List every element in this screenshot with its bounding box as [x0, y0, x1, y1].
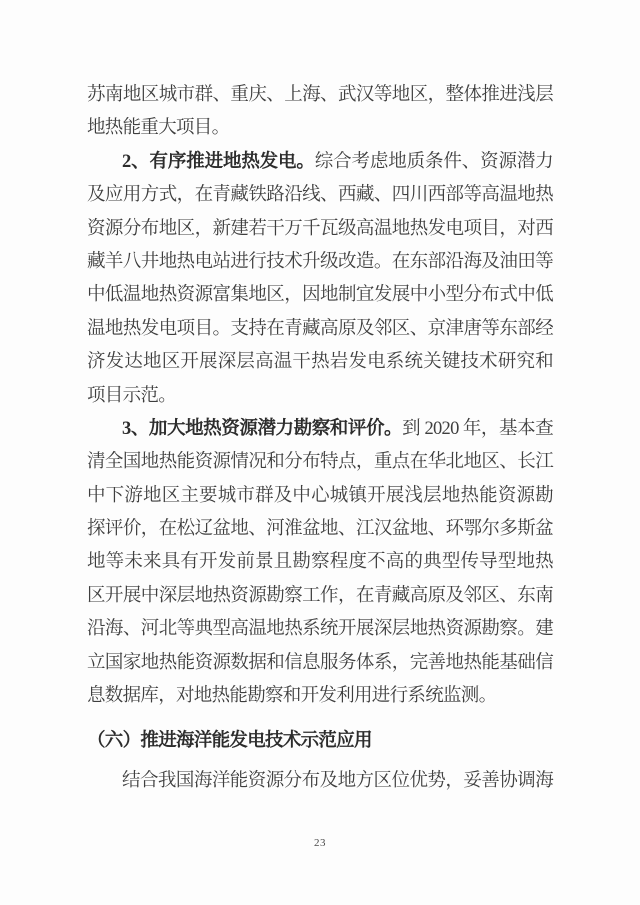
- body-line: 地等未来具有开发前景且勘察程度不高的典型传导型地热: [87, 546, 553, 579]
- body-line: 温地热发电项目。支持在青藏高原及邻区、京津唐等东部经: [87, 313, 553, 346]
- bold-text-segment: 3、加大地热资源潜力勘察和评价。: [122, 419, 402, 439]
- body-line: 息数据库，对地热能勘察和开发利用进行系统监测。: [87, 680, 553, 713]
- text-segment: 沿海、河北等典型高温地热系统开展深层地热资源勘察。建: [87, 619, 553, 639]
- text-segment: 结合我国海洋能资源分布及地方区位优势，妥善协调海: [122, 771, 553, 791]
- body-line: 3、加大地热资源潜力勘察和评价。到 2020 年，基本查: [87, 413, 553, 446]
- body-line: 结合我国海洋能资源分布及地方区位优势，妥善协调海: [87, 765, 553, 798]
- body-line: 区开展中深层地热资源勘察工作，在青藏高原及邻区、东南: [87, 580, 553, 613]
- text-segment: 苏南地区城市群、重庆、上海、武汉等地区，整体推进浅层: [87, 85, 553, 105]
- text-segment: 资源分布地区，新建若干万千瓦级高温地热发电项目，对西: [87, 219, 553, 239]
- body-line: 项目示范。: [87, 380, 553, 413]
- text-block: 苏南地区城市群、重庆、上海、武汉等地区，整体推进浅层地热能重大项目。2、有序推进…: [87, 79, 553, 798]
- body-line: 沿海、河北等典型高温地热系统开展深层地热资源勘察。建: [87, 613, 553, 646]
- body-line: 中低温地热资源富集地区，因地制宜发展中小型分布式中低: [87, 279, 553, 312]
- body-line: 2、有序推进地热发电。综合考虑地质条件、资源潜力: [87, 146, 553, 179]
- text-segment: 地等未来具有开发前景且勘察程度不高的典型传导型地热: [87, 552, 553, 572]
- text-segment: 温地热发电项目。支持在青藏高原及邻区、京津唐等东部经: [87, 319, 553, 339]
- text-segment: 探评价，在松辽盆地、河淮盆地、江汉盆地、环鄂尔多斯盆: [87, 519, 553, 539]
- body-line: 地热能重大项目。: [87, 112, 553, 145]
- bold-text-segment: （六）推进海洋能发电技术示范应用: [87, 731, 372, 751]
- text-segment: 区开展中深层地热资源勘察工作，在青藏高原及邻区、东南: [87, 586, 553, 606]
- text-segment: 到 2020 年，基本查: [402, 419, 553, 439]
- body-line: 济发达地区开展深层高温干热岩发电系统关键技术研究和: [87, 346, 553, 379]
- body-line: 中下游地区主要城市群及中心城镇开展浅层地热能资源勘: [87, 480, 553, 513]
- body-line: 立国家地热能资源数据和信息服务体系，完善地热能基础信: [87, 647, 553, 680]
- document-page: 苏南地区城市群、重庆、上海、武汉等地区，整体推进浅层地热能重大项目。2、有序推进…: [0, 0, 640, 905]
- page-number: 23: [314, 837, 326, 849]
- body-line: 藏羊八井地热电站进行技术升级改造。在东部沿海及油田等: [87, 246, 553, 279]
- body-line: 及应用方式，在青藏铁路沿线、西藏、四川西部等高温地热: [87, 179, 553, 212]
- body-line: 苏南地区城市群、重庆、上海、武汉等地区，整体推进浅层: [87, 79, 553, 112]
- text-segment: 息数据库，对地热能勘察和开发利用进行系统监测。: [87, 686, 496, 706]
- text-segment: 中下游地区主要城市群及中心城镇开展浅层地热能资源勘: [87, 486, 553, 506]
- text-segment: 济发达地区开展深层高温干热岩发电系统关键技术研究和: [87, 352, 553, 372]
- text-segment: 综合考虑地质条件、资源潜力: [315, 152, 553, 172]
- text-segment: 及应用方式，在青藏铁路沿线、西藏、四川西部等高温地热: [87, 185, 553, 205]
- text-segment: 清全国地热能资源情况和分布特点，重点在华北地区、长江: [87, 452, 553, 472]
- text-segment: 项目示范。: [87, 386, 176, 406]
- body-line: 清全国地热能资源情况和分布特点，重点在华北地区、长江: [87, 446, 553, 479]
- bold-text-segment: 2、有序推进地热发电。: [122, 152, 315, 172]
- page-footer: 23: [0, 837, 640, 849]
- text-segment: 中低温地热资源富集地区，因地制宜发展中小型分布式中低: [87, 285, 553, 305]
- text-segment: 藏羊八井地热电站进行技术升级改造。在东部沿海及油田等: [87, 252, 553, 272]
- text-segment: 立国家地热能资源数据和信息服务体系，完善地热能基础信: [87, 653, 553, 673]
- section-heading: （六）推进海洋能发电技术示范应用: [87, 725, 553, 758]
- body-line: 探评价，在松辽盆地、河淮盆地、江汉盆地、环鄂尔多斯盆: [87, 513, 553, 546]
- text-segment: 地热能重大项目。: [87, 118, 229, 138]
- body-line: 资源分布地区，新建若干万千瓦级高温地热发电项目，对西: [87, 213, 553, 246]
